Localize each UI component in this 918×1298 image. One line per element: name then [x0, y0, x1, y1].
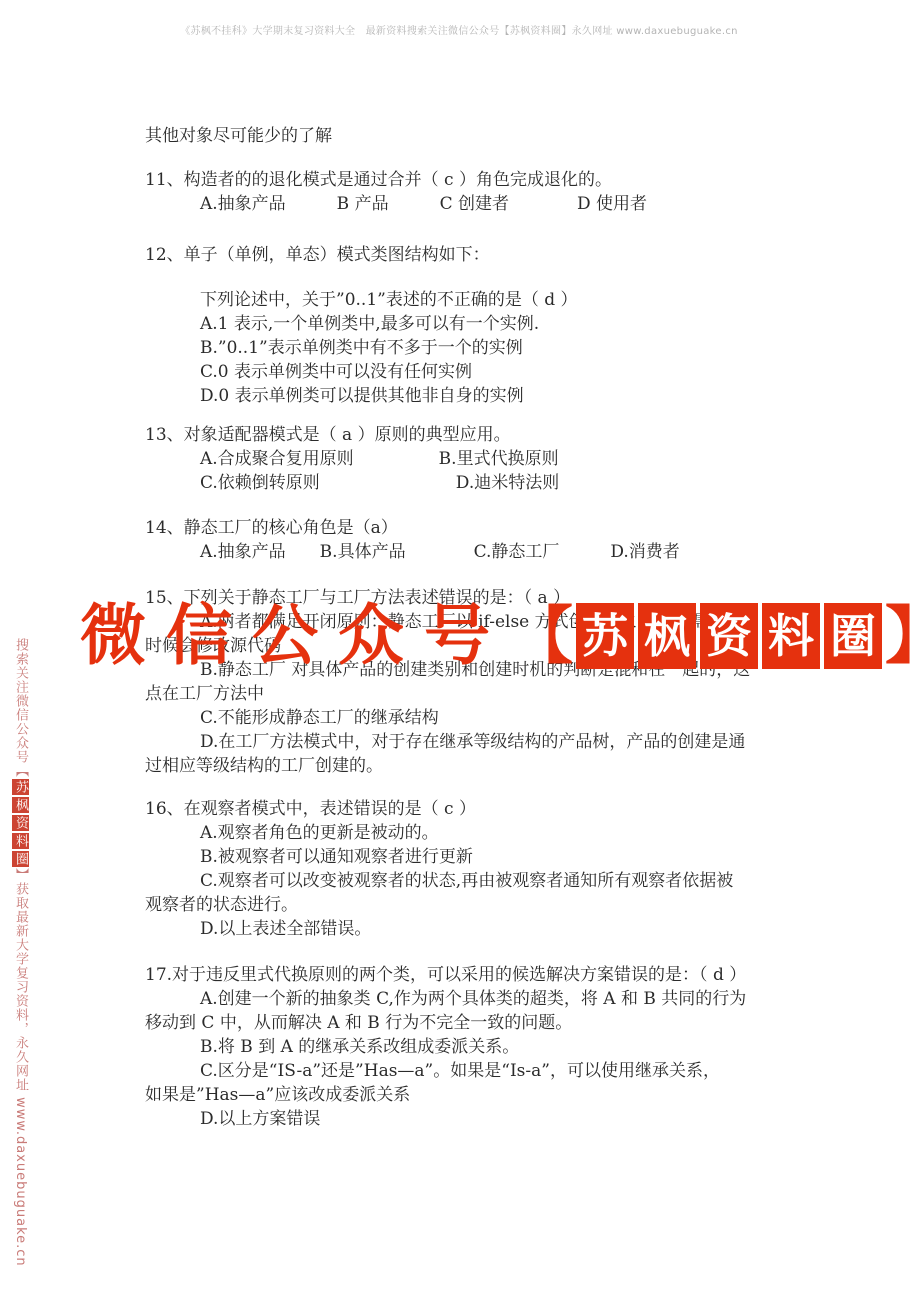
doc-line: 如果是”Has—a”应该改成委派关系 [145, 1083, 885, 1107]
doc-line: D.以上表述全部错误。 [200, 917, 885, 941]
watermark-boxed-char: 圈 [824, 603, 882, 669]
watermark-boxed-char: 料 [12, 833, 29, 849]
watermark-boxed-chars: 苏枫资料圈 [574, 603, 884, 669]
doc-line: A.抽象产品 B.具体产品 C.静态工厂 D.消费者 [200, 540, 885, 564]
doc-line: 点在工厂方法中 [145, 682, 885, 706]
doc-line: D.以上方案错误 [200, 1107, 885, 1131]
doc-line: C.观察者可以改变被观察者的状态,再由被观察者通知所有观察者依据被 [200, 869, 885, 893]
doc-line: C.区分是“IS-a”还是”Has—a”。如果是“Is-a”，可以使用继承关系， [200, 1059, 885, 1083]
watermark-bracket-open: 【 [511, 600, 573, 672]
doc-line: B.”0..1”表示单例类中有不多于一个的实例 [200, 336, 885, 360]
doc-line: 其他对象尽可能少的了解 [145, 124, 885, 148]
doc-line: 13、对象适配器模式是（ a ）原则的典型应用。 [145, 423, 885, 447]
doc-line: 12、单子（单例，单态）模式类图结构如下： [145, 243, 885, 267]
watermark-prefix-text: 微信公众号 [80, 600, 510, 672]
watermark-bracket-close: 】 [885, 600, 918, 672]
watermark-boxed-char: 枫 [12, 797, 29, 813]
watermark-boxed-char: 圈 [12, 851, 29, 867]
doc-line: 观察者的状态进行。 [145, 893, 885, 917]
doc-line: 过相应等级结构的工厂创建的。 [145, 754, 885, 778]
doc-line: C.依赖倒转原则 D.迪米特法则 [200, 471, 885, 495]
doc-line: A.抽象产品 B 产品 C 创建者 D 使用者 [200, 192, 885, 216]
doc-line: C.0 表示单例类中可以没有任何实例 [200, 360, 885, 384]
doc-line: D.0 表示单例类可以提供其他非自身的实例 [200, 384, 885, 408]
watermark-boxed-char: 资 [12, 815, 29, 831]
doc-line: B.被观察者可以通知观察者进行更新 [200, 845, 885, 869]
doc-line: 14、静态工厂的核心角色是（a） [145, 516, 885, 540]
watermark-side-boxed-chars: 苏枫资料圈 [13, 778, 28, 868]
doc-line: A.合成聚合复用原则 B.里式代换原则 [200, 447, 885, 471]
doc-line: 16、在观察者模式中，表述错误的是（ c ） [145, 797, 885, 821]
watermark-boxed-char: 苏 [576, 603, 634, 669]
doc-line: D.在工厂方法模式中，对于存在继承等级结构的产品树，产品的创建是通 [200, 730, 885, 754]
doc-line: A.创建一个新的抽象类 C,作为两个具体类的超类，将 A 和 B 共同的行为 [200, 987, 885, 1011]
doc-line: A.观察者角色的更新是被动的。 [200, 821, 885, 845]
doc-line: C.不能形成静态工厂的继承结构 [200, 706, 885, 730]
doc-line: 下列论述中，关于”0..1”表述的不正确的是（ d ） [200, 288, 885, 312]
watermark-boxed-char: 料 [762, 603, 820, 669]
watermark-side-post: 】获取最新大学复习资料，永久网址 www.daxuebuguake.cn [13, 868, 28, 1267]
watermark-side-pre: 搜索关注微信公众号【 [13, 638, 28, 778]
watermark-boxed-char: 枫 [638, 603, 696, 669]
doc-line: 11、构造者的的退化模式是通过合并（ c ）角色完成退化的。 [145, 168, 885, 192]
watermark-banner: 微信公众号 【 苏枫资料圈 】 [80, 600, 918, 672]
doc-line: A.1 表示,一个单例类中,最多可以有一个实例. [200, 312, 885, 336]
doc-line: 17.对于违反里式代换原则的两个类，可以采用的候选解决方案错误的是：（ d ） [145, 963, 885, 987]
doc-line: 移动到 C 中，从而解决 A 和 B 行为不完全一致的问题。 [145, 1011, 885, 1035]
page-header-note: 《苏枫不挂科》大学期末复习资料大全 最新资料搜索关注微信公众号【苏枫资料圈】永久… [0, 22, 918, 37]
watermark-side-vertical: 搜索关注微信公众号【苏枫资料圈】获取最新大学复习资料，永久网址 www.daxu… [8, 638, 32, 1058]
watermark-boxed-char: 资 [700, 603, 758, 669]
watermark-boxed-char: 苏 [12, 779, 29, 795]
doc-line: B.将 B 到 A 的继承关系改组成委派关系。 [200, 1035, 885, 1059]
